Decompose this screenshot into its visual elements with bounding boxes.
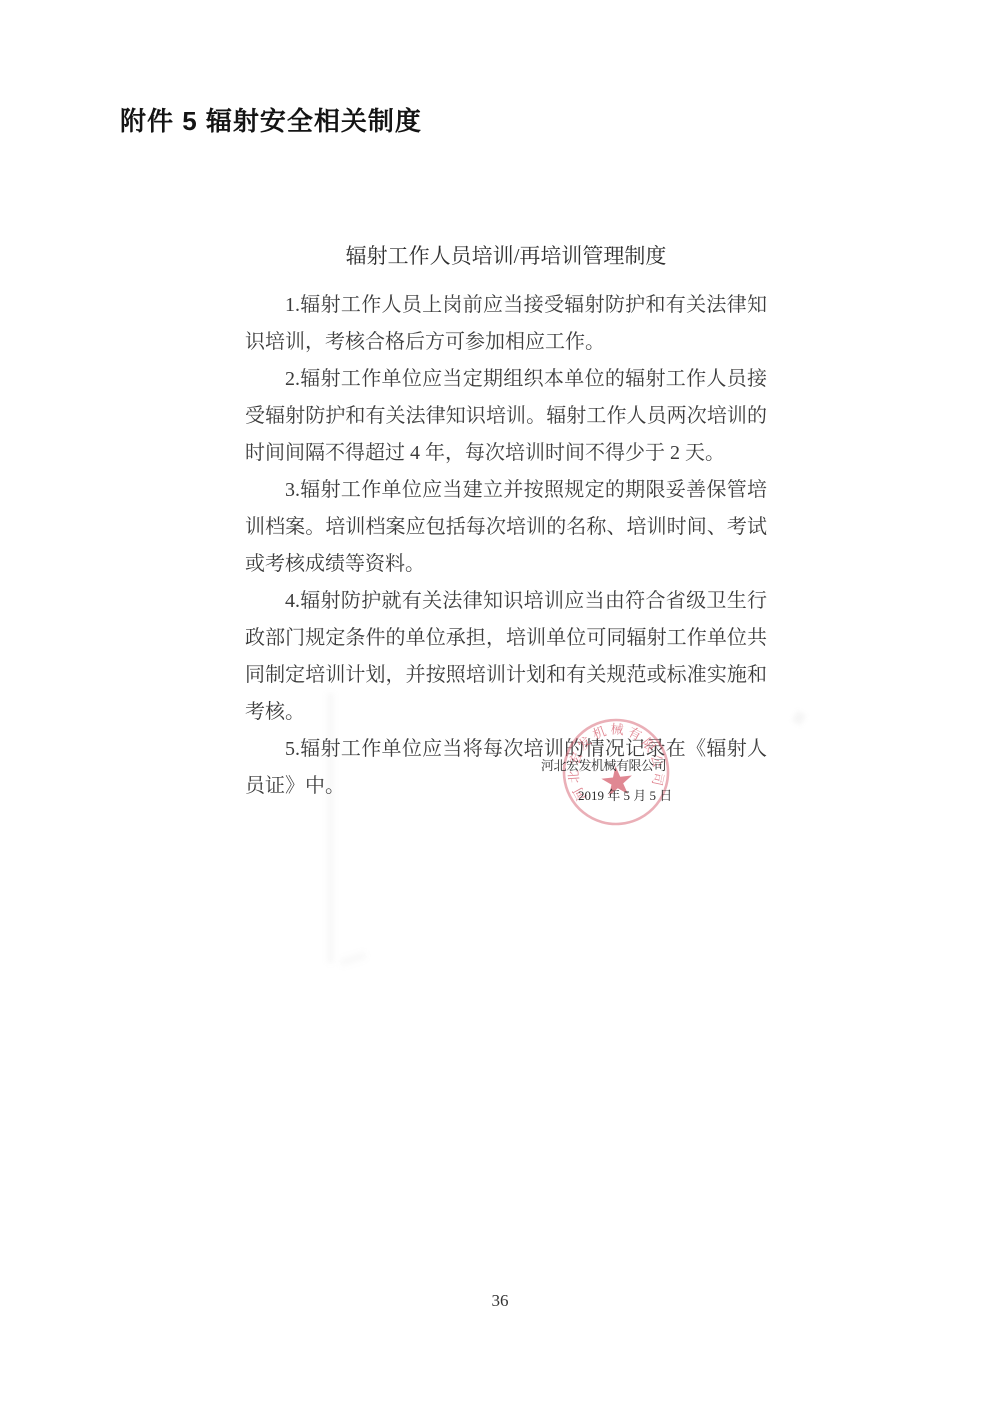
paragraph-3: 3.辐射工作单位应当建立并按照规定的期限妥善保管培训档案。培训档案应包括每次培训… — [245, 472, 767, 583]
paragraph-1: 1.辐射工作人员上岗前应当接受辐射防护和有关法律知识培训，考核合格后方可参加相应… — [245, 287, 767, 361]
scan-artifact — [339, 951, 366, 967]
company-name: 河北宏发机械有限公司 — [541, 755, 666, 774]
document-title: 辐射工作人员培训/再培训管理制度 — [245, 238, 767, 275]
page-number: 36 — [0, 1291, 1000, 1311]
document-body: 辐射工作人员培训/再培训管理制度 1.辐射工作人员上岗前应当接受辐射防护和有关法… — [245, 238, 767, 805]
paragraph-4: 4.辐射防护就有关法律知识培训应当由符合省级卫生行政部门规定条件的单位承担，培训… — [245, 583, 767, 731]
document-page: 附件 5 辐射安全相关制度 辐射工作人员培训/再培训管理制度 1.辐射工作人员上… — [0, 0, 1000, 1415]
scan-artifact — [327, 693, 334, 963]
paragraph-2: 2.辐射工作单位应当定期组织本单位的辐射工作人员接受辐射防护和有关法律知识培训。… — [245, 361, 767, 472]
attachment-header: 附件 5 辐射安全相关制度 — [120, 101, 422, 138]
paragraph-5: 5.辐射工作单位应当将每次培训的情况记录在《辐射人员证》中。 — [245, 731, 767, 805]
scan-artifact — [792, 710, 807, 725]
signature-date: 2019 年 5 月 5 日 — [578, 785, 672, 804]
